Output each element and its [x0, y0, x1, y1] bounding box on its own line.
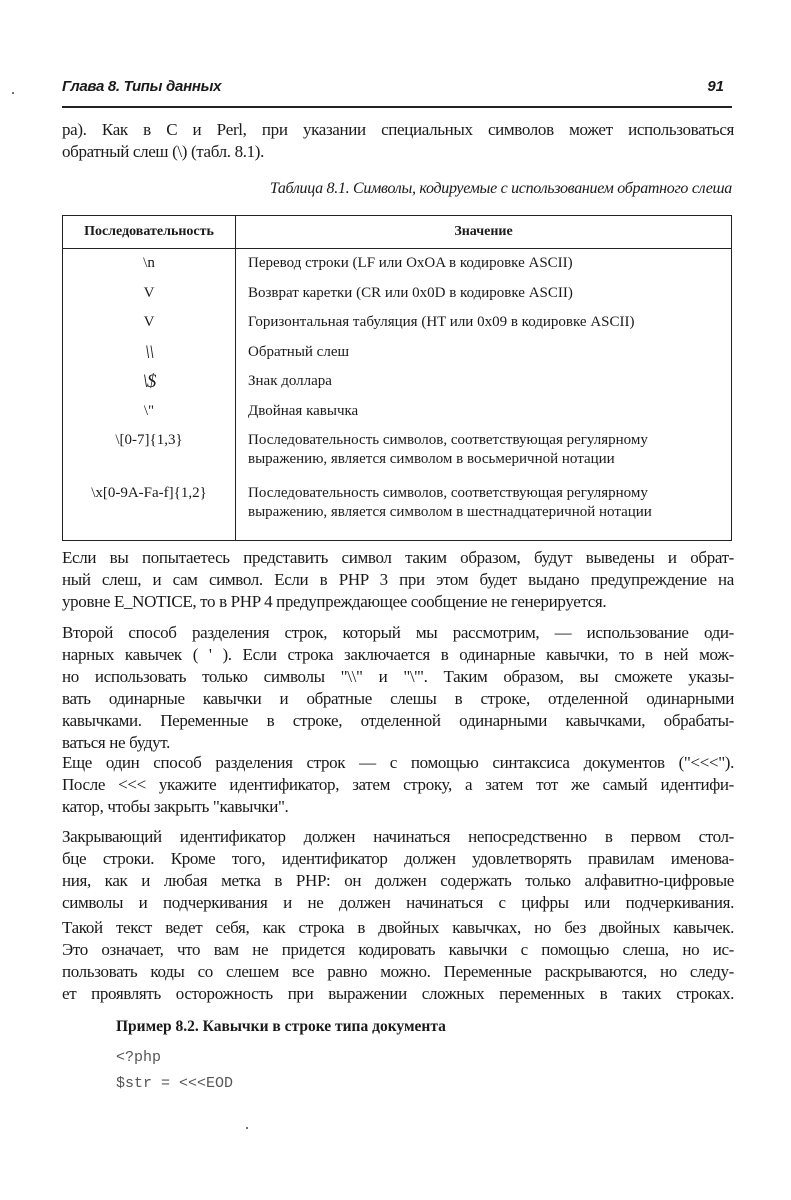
text-line: Закрывающий идентификатор должен начинат…	[62, 826, 734, 848]
sequence-cell: \\	[63, 338, 236, 368]
table-row: \" Двойная кавычка	[63, 397, 732, 427]
text-line: пользовать коды со слешем все равно можн…	[62, 961, 734, 983]
text-line: обратный слеш (\) (табл. 8.1).	[62, 141, 734, 163]
meaning-cell: Двойная кавычка	[236, 397, 732, 427]
sequence-cell: V	[63, 308, 236, 338]
text-line: символы и подчеркивания и не должен начи…	[62, 892, 734, 914]
text-line: но использовать только символы "\\" и "\…	[62, 666, 734, 688]
text-line: катор, чтобы закрыть "кавычки".	[62, 796, 734, 818]
paragraph: Еще один способ разделения строк — с пом…	[62, 752, 734, 818]
text-line: ния, как и любая метка в PHP: он должен …	[62, 870, 734, 892]
table-caption: Таблица 8.1. Символы, кодируемые с испол…	[270, 180, 732, 198]
column-header-sequence: Последовательность	[63, 216, 236, 249]
intro-paragraph: ра). Как в С и Perl, при указании специа…	[62, 119, 734, 163]
column-header-meaning: Значение	[236, 216, 732, 249]
meaning-line: Последовательность символов, соответству…	[248, 485, 648, 501]
scan-speck	[12, 92, 14, 94]
paragraph: Закрывающий идентификатор должен начинат…	[62, 826, 734, 914]
header-rule	[62, 106, 732, 108]
sequence-cell: \[0-7]{1,3}	[63, 426, 236, 479]
meaning-cell: Перевод строки (LF или OxOA в кодировке …	[236, 249, 732, 279]
table-row: \\ Обратный слеш	[63, 338, 732, 368]
code-line: <?php	[116, 1049, 161, 1066]
text-line: Если вы попытаетесь представить символ т…	[62, 547, 734, 569]
example-title: Пример 8.2. Кавычки в строке типа докуме…	[116, 1018, 446, 1036]
sequence-cell: \n	[63, 249, 236, 279]
text-line: бце строки. Кроме того, идентификатор до…	[62, 848, 734, 870]
text-line: ра). Как в С и Perl, при указании специа…	[62, 119, 734, 141]
code-line: $str = <<<EOD	[116, 1075, 233, 1092]
table-row: \[0-7]{1,3} Последовательность символов,…	[63, 426, 732, 479]
meaning-cell: Последовательность символов, соответству…	[236, 426, 732, 479]
table-row: V Горизонтальная табуляция (HT или 0x09 …	[63, 308, 732, 338]
text-line: ваться не будут.	[62, 732, 734, 754]
paragraph: Второй способ разделения строк, который …	[62, 622, 734, 754]
meaning-line: выражению, является символом в восьмерич…	[248, 451, 615, 467]
text-line: уровне E_NOTICE, то в PHP 4 предупреждаю…	[62, 591, 734, 613]
sequence-cell: \x[0-9A-Fa-f]{1,2}	[63, 479, 236, 541]
meaning-cell: Последовательность символов, соответству…	[236, 479, 732, 541]
meaning-line: Последовательность символов, соответству…	[248, 432, 648, 448]
meaning-cell: Возврат каретки (CR или 0x0D в кодировке…	[236, 279, 732, 309]
text-line: Это означает, что вам не придется кодиро…	[62, 939, 734, 961]
sequence-cell: \"	[63, 397, 236, 427]
sequence-cell: V	[63, 279, 236, 309]
text-line: После <<< укажите идентификатор, затем с…	[62, 774, 734, 796]
text-line: Еще один способ разделения строк — с пом…	[62, 752, 734, 774]
meaning-cell: Обратный слеш	[236, 338, 732, 368]
escape-sequence-table: Последовательность Значение \n Перевод с…	[62, 215, 732, 541]
text-line: Такой текст ведет себя, как строка в дво…	[62, 917, 734, 939]
text-line: ный слеш, и сам символ. Если в PHP 3 при…	[62, 569, 734, 591]
text-line: кавычками. Переменные в строке, отделенн…	[62, 710, 734, 732]
meaning-line: выражению, является символом в шестнадца…	[248, 504, 652, 520]
table-row: \n Перевод строки (LF или OxOA в кодиров…	[63, 249, 732, 279]
sequence-cell: \$	[63, 367, 236, 397]
table-row: \$ Знак доллара	[63, 367, 732, 397]
paragraph: Если вы попытаетесь представить символ т…	[62, 547, 734, 613]
meaning-cell: Знак доллара	[236, 367, 732, 397]
text-line: вать одинарные кавычки и обратные слешы …	[62, 688, 734, 710]
text-line: нарных кавычек ( ' ). Если строка заключ…	[62, 644, 734, 666]
text-line: ет проявлять осторожность при выражении …	[62, 983, 734, 1005]
page-number: 91	[707, 78, 724, 95]
text-line: Второй способ разделения строк, который …	[62, 622, 734, 644]
scan-speck	[246, 1127, 248, 1129]
running-header: Глава 8. Типы данных 91	[62, 78, 732, 102]
table-header-row: Последовательность Значение	[63, 216, 732, 249]
chapter-title: Глава 8. Типы данных	[62, 78, 221, 95]
table-row: \x[0-9A-Fa-f]{1,2} Последовательность си…	[63, 479, 732, 541]
book-page: Глава 8. Типы данных 91 ра). Как в С и P…	[0, 0, 791, 1200]
paragraph: Такой текст ведет себя, как строка в дво…	[62, 917, 734, 1005]
meaning-cell: Горизонтальная табуляция (HT или 0x09 в …	[236, 308, 732, 338]
table-row: V Возврат каретки (CR или 0x0D в кодиров…	[63, 279, 732, 309]
